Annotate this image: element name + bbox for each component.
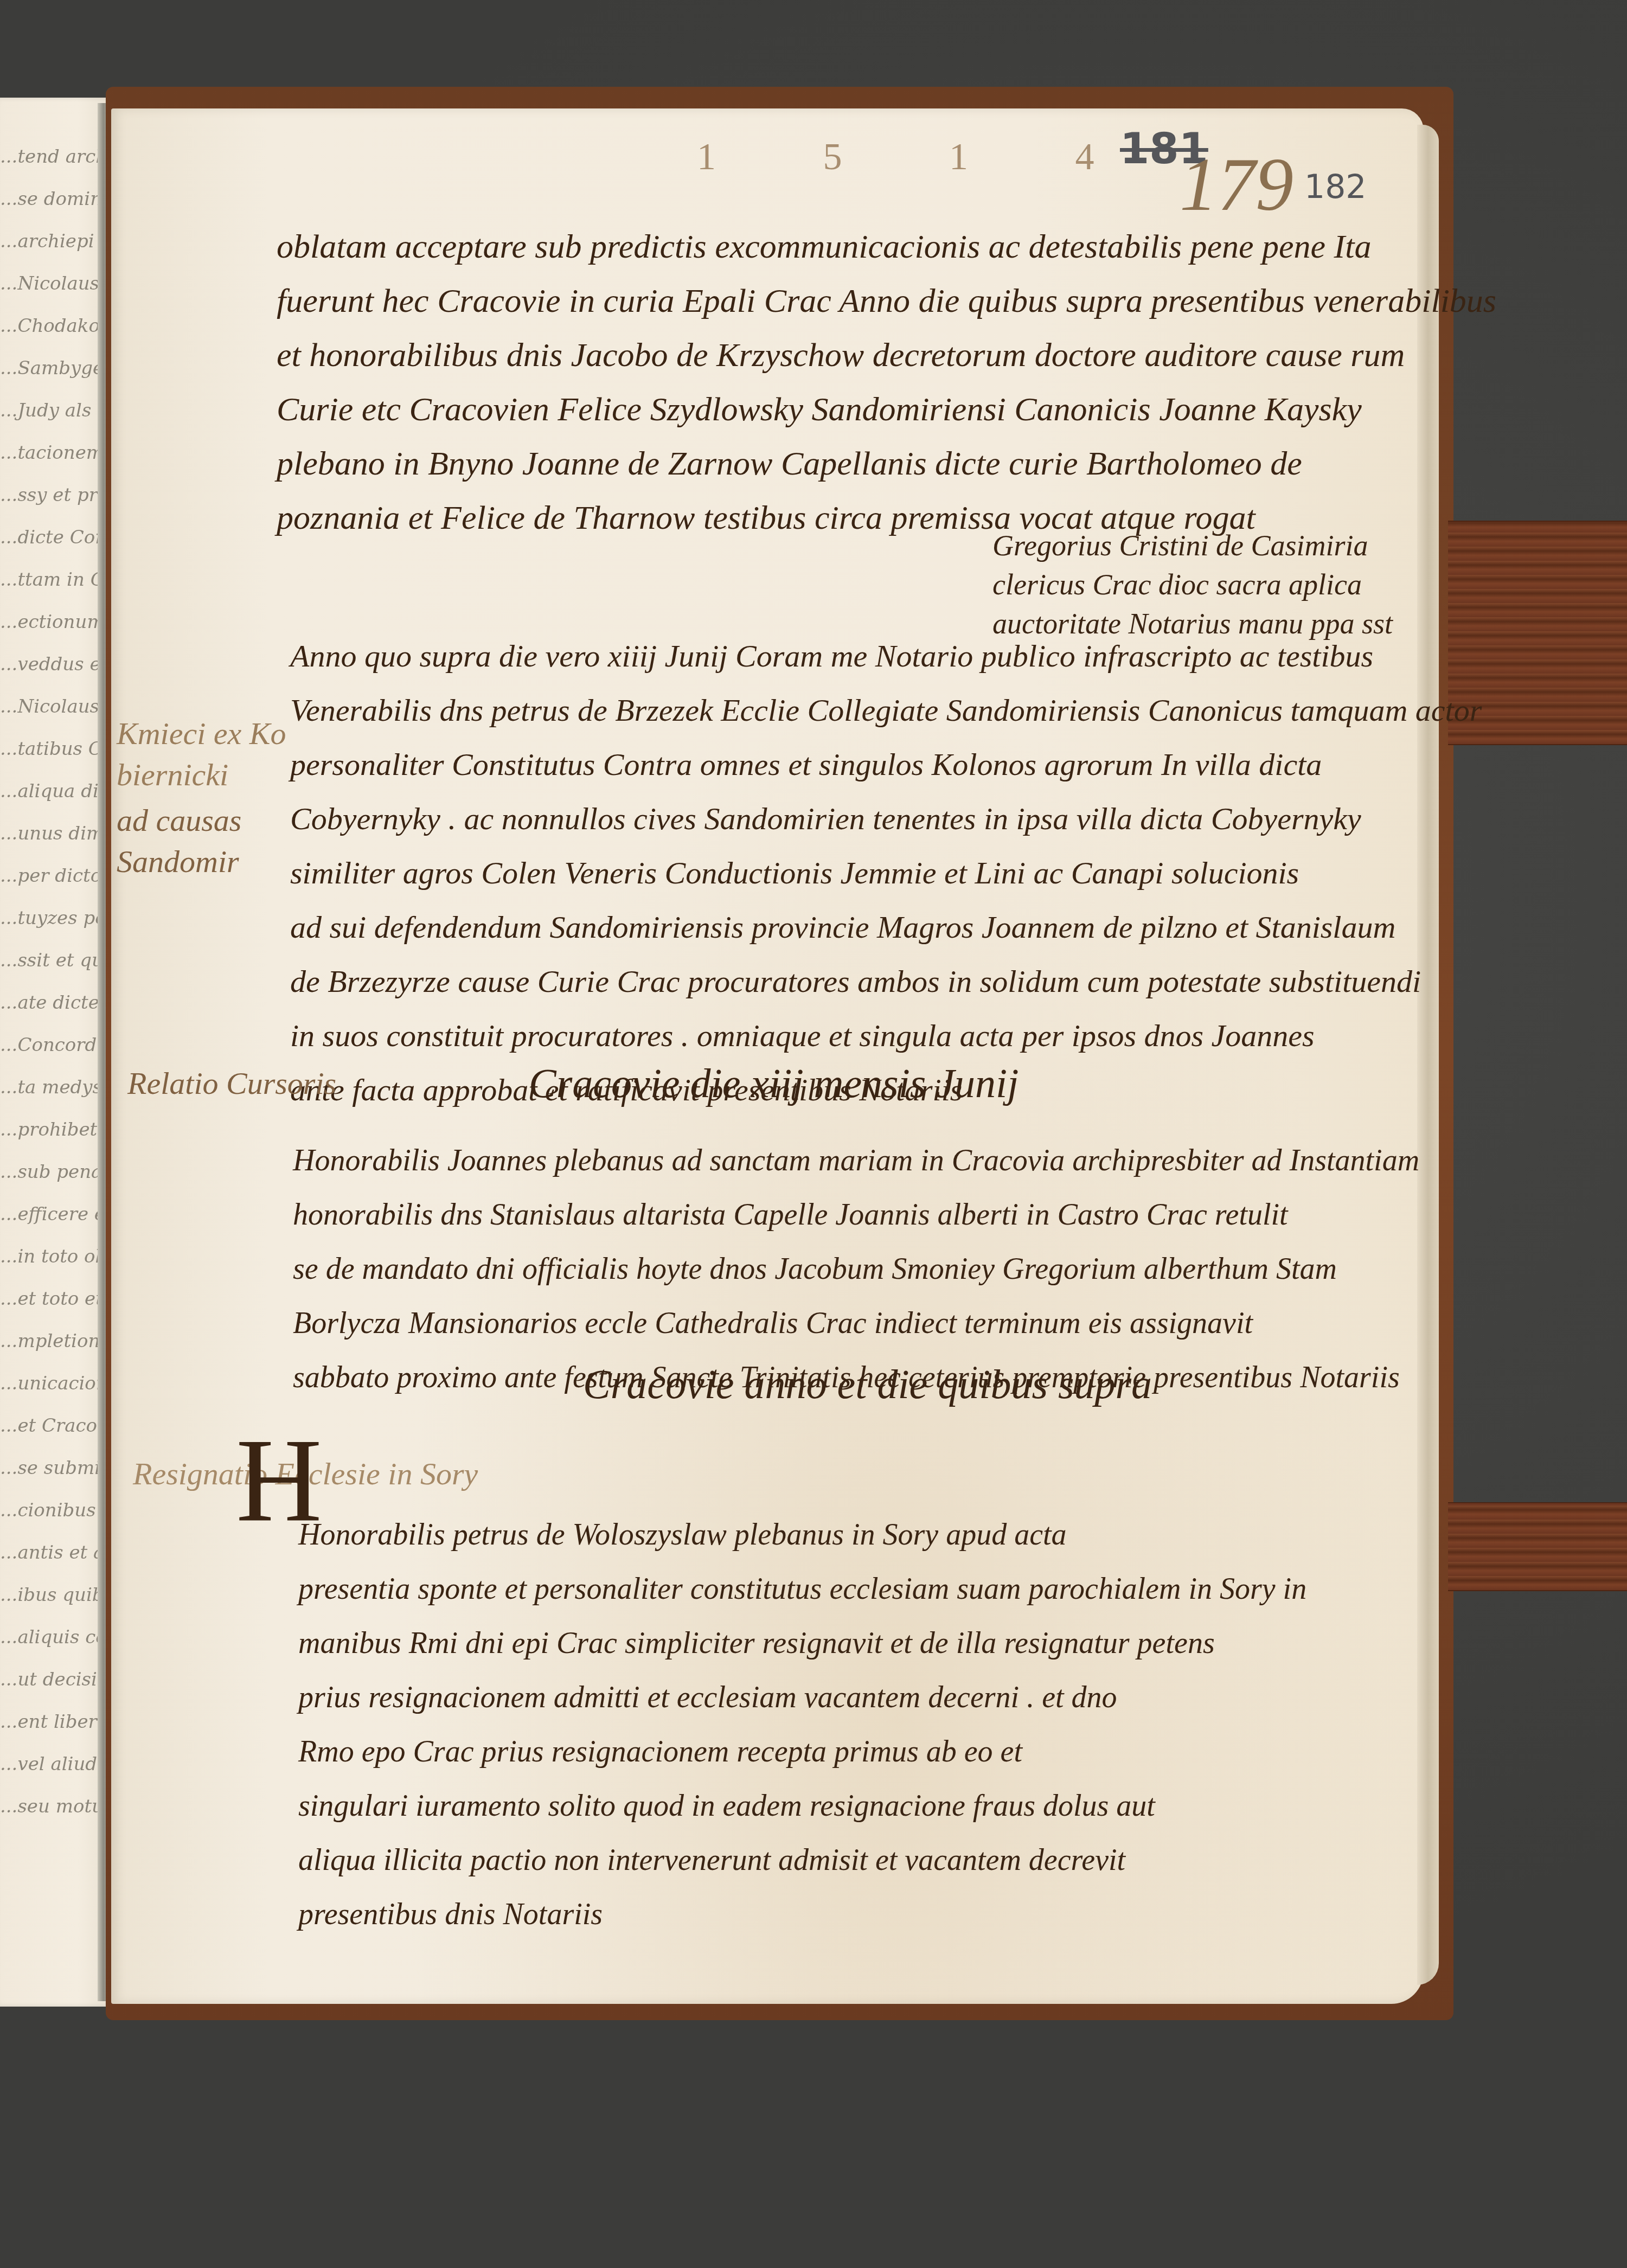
margin-note-kobiernicki: Kmieci ex Ko biernicki [117,713,286,796]
fragment-line: ...et Cracovien [0,1405,108,1447]
fragment-line: ...in toto observari [0,1235,108,1278]
fragment-line: ...antis et alys [0,1532,108,1574]
fragment-line: ...archiepi Gneznen [0,220,108,262]
fragment-line: ...se submiserit [0,1447,108,1489]
fragment-line: ...ssy et predicte [0,474,108,516]
text-line: ad sui defendendum Sandomiriensis provin… [290,900,1482,954]
text-line: Rmo epo Crac prius resignacionem recepta… [298,1725,1306,1779]
left-page-text-fragments: ...tend archiepiscopi ...se domini in St… [0,136,108,1828]
text-line: singulari iuramento solito quod in eadem… [298,1779,1306,1833]
text-line: prius resignacionem admitti et ecclesiam… [298,1670,1306,1725]
fragment-line: ...se domini in Stag [0,178,108,220]
fragment-line: ...unus dimiserunt [0,812,108,855]
fragment-line: ...dicte Concordie [0,516,108,559]
fragment-line: ...Nicolaus Zrathal [0,685,108,728]
fragment-line: ...seu motu proprio [0,1785,108,1828]
fragment-line: ...Sambyge et [0,347,108,389]
heading-cracovie-die-xiij: Cracovie die xiij mensis Junij [529,1060,1019,1107]
text-line: Venerabilis dns petrus de Brzezek Ecclie… [290,683,1482,738]
fragment-line: ...vel aliud seu [0,1743,108,1785]
margin-note-relatio: Relatio Cursoris [127,1063,336,1104]
fragment-line: ...tacionem a Collato. [0,432,108,474]
fragment-line: ...aliquis contra [0,1616,108,1658]
text-line: Cobyernyky . ac nonnullos cives Sandomir… [290,792,1482,846]
fragment-line: ...tuyzes perfectum [0,897,108,939]
text-line: personaliter Constitutus Contra omnes et… [290,738,1482,792]
fragment-line: ...aliqua dimi: [0,770,108,812]
text-line: presentia sponte et personaliter constit… [298,1562,1306,1616]
paragraph-resignatio-entry: Honorabilis petrus de Woloszyslaw pleban… [298,1508,1306,1942]
text-line: fuerunt hec Cracovie in curia Epali Crac… [277,274,1496,328]
paragraph-opening-continuation: oblatam acceptare sub predictis excommun… [277,220,1496,545]
fragment-line: ...Concordia Connectionem [0,1024,108,1066]
fragment-line: ...Nicolaus Czyza [0,262,108,305]
margin-note-line: Kmieci ex Ko [117,713,286,754]
paragraph-second-entry: Anno quo supra die vero xiiij Junij Cora… [290,629,1482,1117]
text-line: Gregorius Cristini de Casimiria [992,526,1393,565]
folio-number-ink: 179 [1180,141,1293,228]
fragment-line: ...Chodakowsky [0,305,108,347]
fragment-line: ...ssit et quietavit [0,939,108,982]
margin-note-ad-causas: ad causas Sandomir [117,800,241,882]
text-line: similiter agros Colen Veneris Conduction… [290,846,1482,900]
fragment-line: ...tend archiepiscopi [0,136,108,178]
left-facing-page: ...tend archiepiscopi ...se domini in St… [0,98,111,2007]
margin-note-line: ad causas [117,800,241,841]
year-header: 1 5 1 4 [697,136,1143,179]
fragment-line: ...ate dicte Concordie [0,982,108,1024]
text-line: manibus Rmi dni epi Crac simpliciter res… [298,1616,1306,1670]
text-line: oblatam acceptare sub predictis excommun… [277,220,1496,274]
folio-number-pencil-alt: 182 [1304,168,1367,206]
margin-note-line: biernicki [117,754,286,796]
fragment-line: ...prohibet fermi [0,1109,108,1151]
text-line: in suos constituit procuratores . omniaq… [290,1009,1482,1063]
fragment-line: ...sub pena [0,1151,108,1193]
text-line: et honorabilibus dnis Jacobo de Krzyscho… [277,328,1496,382]
text-line: clericus Crac dioc sacra aplica [992,565,1393,604]
margin-note-line: Sandomir [117,841,241,882]
fragment-line: ...ta medys coram [0,1066,108,1109]
fragment-line: ...unicacioni agg[ra] [0,1362,108,1405]
notary-subscription: Gregorius Cristini de Casimiria clericus… [992,526,1393,643]
fragment-line: ...ibus quibus mediar [0,1574,108,1616]
fragment-line: ...ent libere et [0,1701,108,1743]
text-line: honorabilis dns Stanislaus altarista Cap… [293,1188,1419,1242]
fragment-line: ...per dictos [0,855,108,897]
fragment-line: ...cionibus procacionibus [0,1489,108,1532]
fragment-line: ...efficere et aliorum [0,1193,108,1235]
text-line: de Brzezyrze cause Curie Crac procurator… [290,954,1482,1009]
text-line: Anno quo supra die vero xiiij Junij Cora… [290,629,1482,683]
fragment-line: ...mpletionem dicte [0,1320,108,1362]
text-line: Honorabilis petrus de Woloszyslaw pleban… [298,1508,1306,1562]
fragment-line: ...ectionum dominus [0,601,108,643]
recto-page: 1 5 1 4 181 179 182 oblatam acceptare su… [111,108,1424,2004]
fragment-line: ...tatibus Calissien [0,728,108,770]
text-line: Honorabilis Joannes plebanus ad sanctam … [293,1133,1419,1188]
text-line: Curie etc Cracovien Felice Szydlowsky Sa… [277,382,1496,437]
fragment-line: ...ut decisiones [0,1658,108,1701]
leather-clasp-strap-bottom [1448,1502,1627,1591]
text-line: Borlycza Mansionarios eccle Cathedralis … [293,1296,1419,1350]
fragment-line: ...ttam in Gyotrawyn [0,559,108,601]
heading-cracovie-anno: Cracovie anno et die quibus supra [583,1361,1152,1408]
text-line: aliqua illicita pactio non intervenerunt… [298,1833,1306,1887]
text-line: presentibus dnis Notariis [298,1887,1306,1942]
fragment-line: ...et toto et integre [0,1278,108,1320]
text-line: plebano in Bnyno Joanne de Zarnow Capell… [277,437,1496,491]
margin-note-line: Relatio Cursoris [127,1063,336,1104]
text-line: se de mandato dni officialis hoyte dnos … [293,1242,1419,1296]
fragment-line: ...veddus et [0,643,108,685]
fragment-line: ...Judy als in fora [0,389,108,432]
